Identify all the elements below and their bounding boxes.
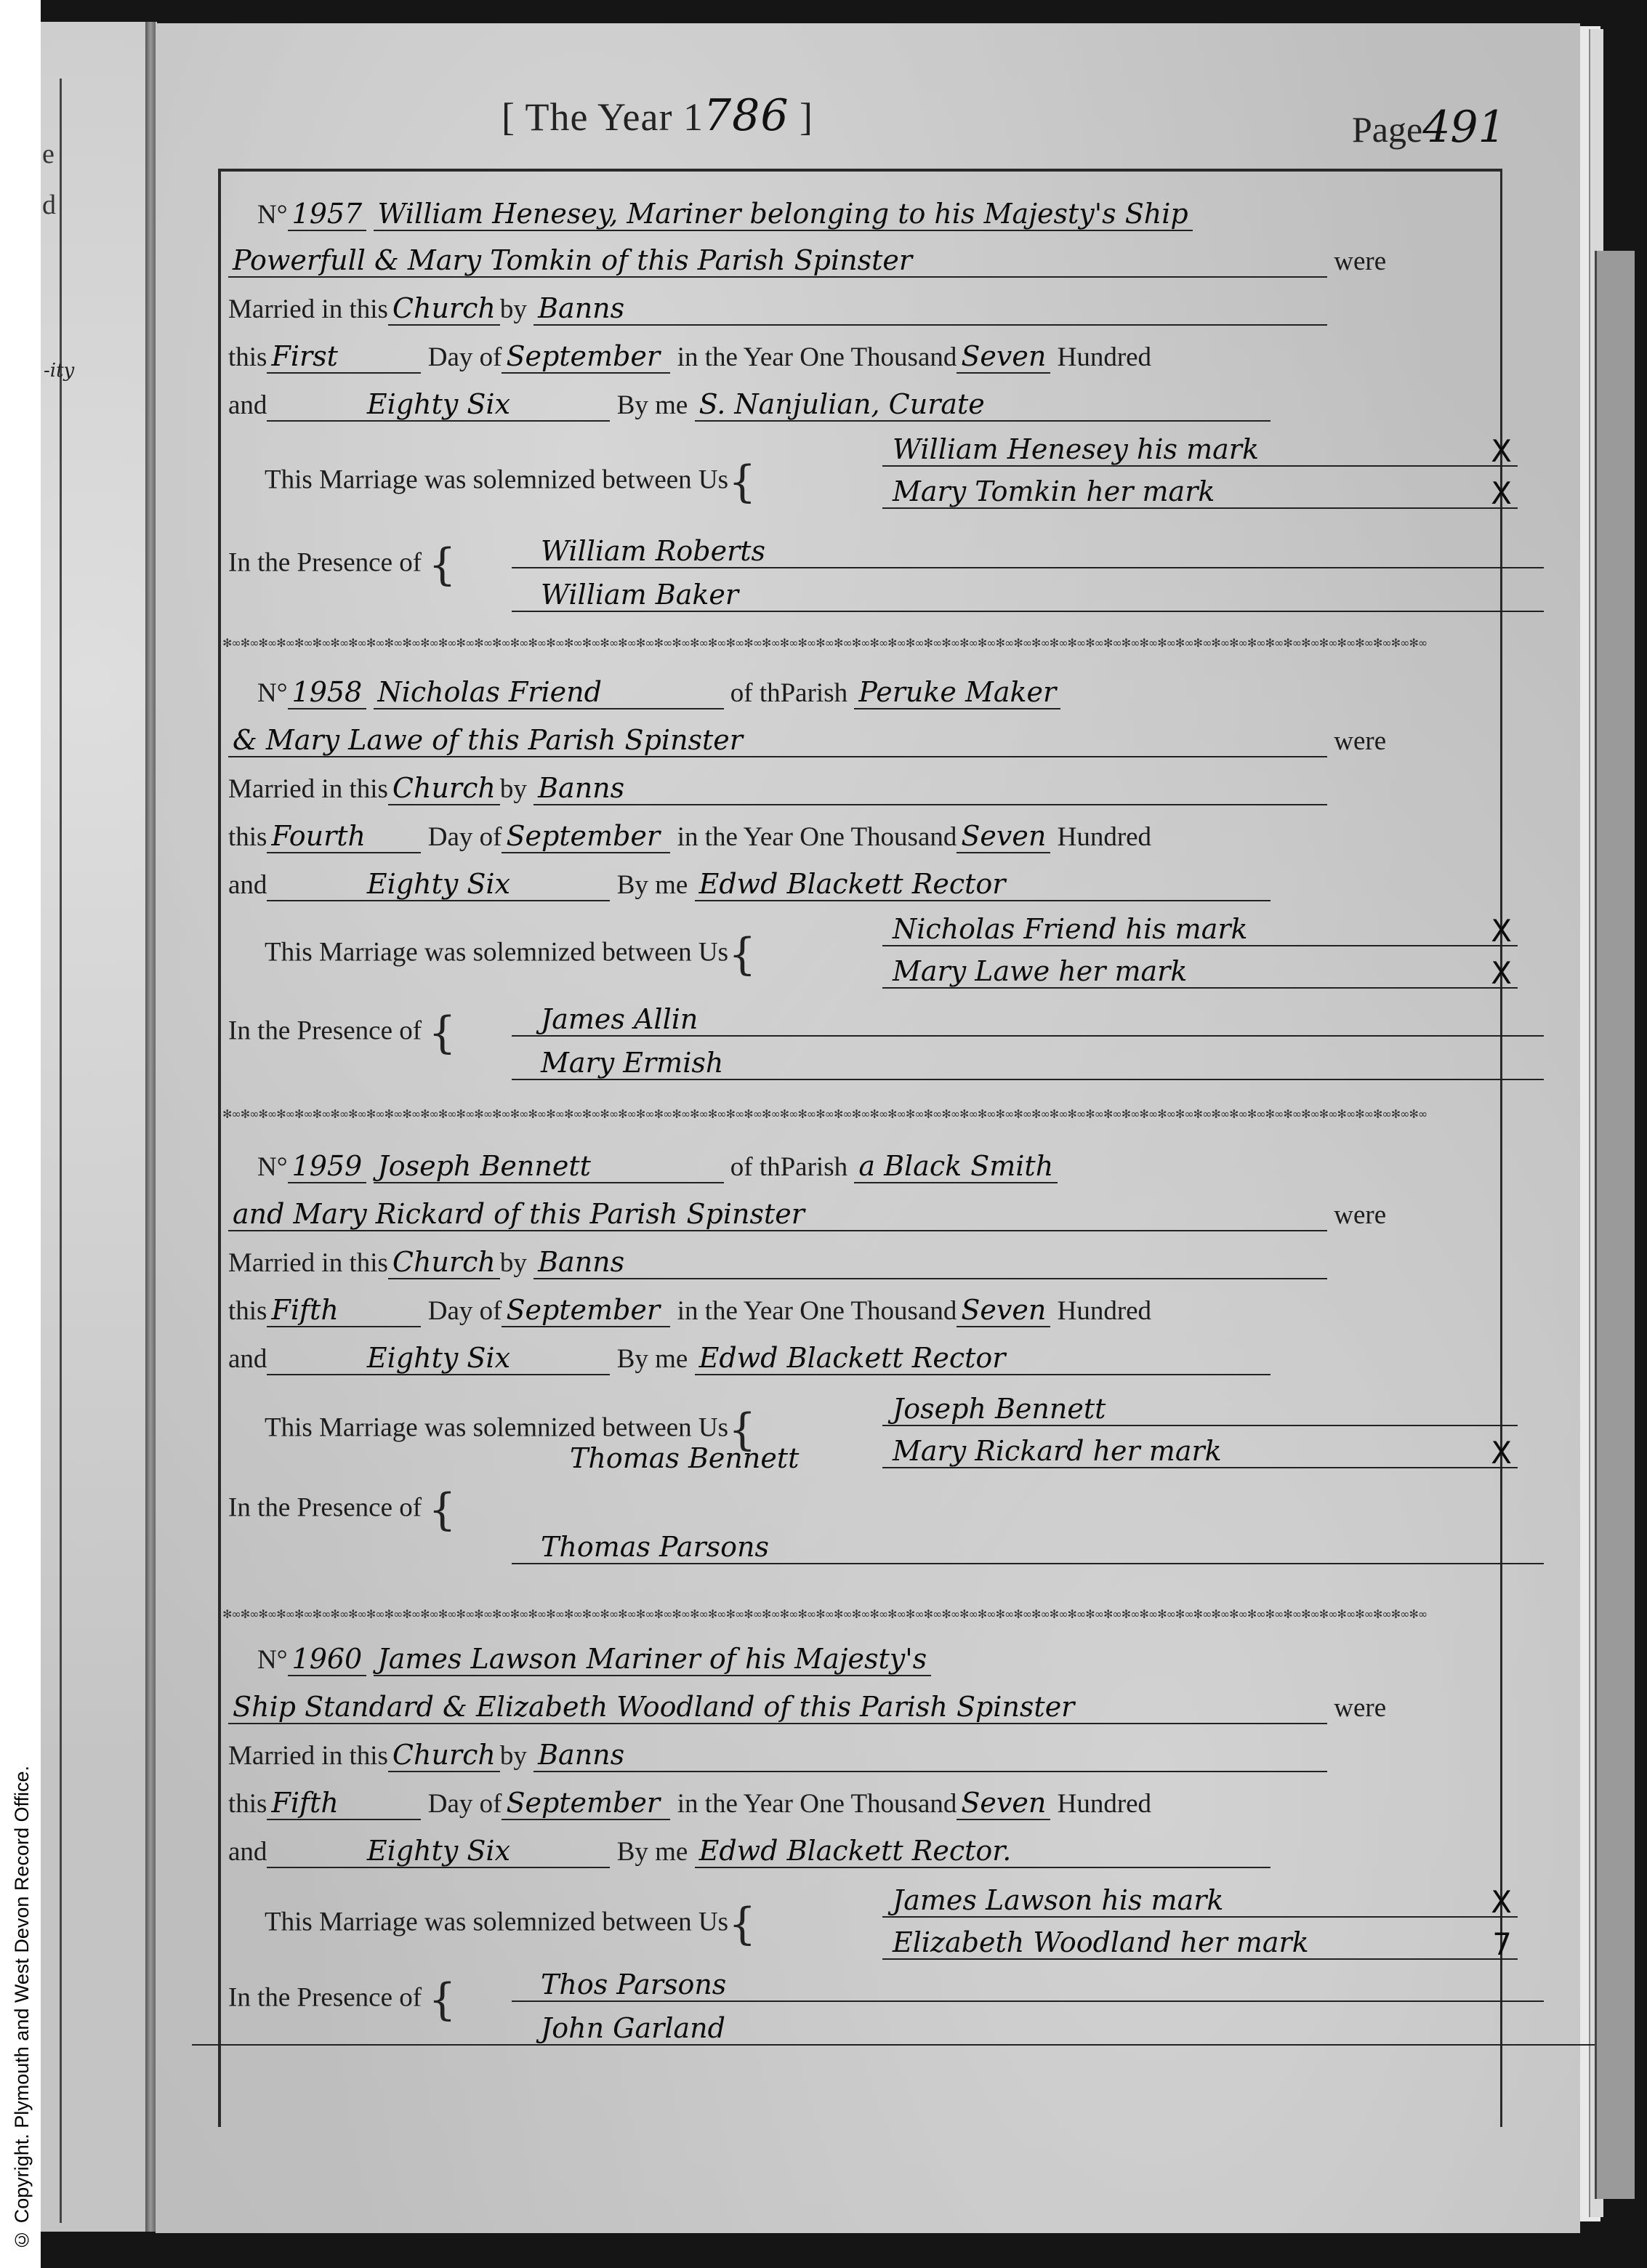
facing-page-frame xyxy=(41,79,62,2223)
copyright-notice: © Copyright. Plymouth and West Devon Rec… xyxy=(7,1596,36,2251)
witness-signature: William Roberts xyxy=(512,535,1544,568)
married-in-line: Married in thisChurchby Banns xyxy=(228,292,1490,326)
groom-name: Joseph Bennett xyxy=(374,1150,724,1183)
by-method: Banns xyxy=(533,292,1327,326)
party-signature: James Lawson his markX xyxy=(882,1884,1518,1918)
day: Fifth xyxy=(267,1787,421,1820)
entry-number: 1960 xyxy=(288,1643,367,1676)
facing-page-margin-note: -ity xyxy=(44,360,74,382)
party-signature: Elizabeth Woodland her mark7 xyxy=(882,1926,1518,1960)
cross-mark: X xyxy=(1491,1884,1512,1920)
by-method: Banns xyxy=(533,1246,1327,1279)
officiant: S. Nanjulian, Curate xyxy=(695,388,1271,422)
date-line: thisFirst Day ofSeptember in the Year On… xyxy=(228,340,1490,374)
entry-names-line-1: N°1958 Nicholas Friend of thParish Peruk… xyxy=(257,676,1490,709)
entry-names-line-1: N°1960 James Lawson Mariner of his Majes… xyxy=(257,1643,1490,1676)
cross-mark: X xyxy=(1491,475,1512,511)
day: Fourth xyxy=(267,820,421,853)
parties-signatures: James Lawson his markX Elizabeth Woodlan… xyxy=(882,1884,1518,1969)
date-line: thisFourth Day ofSeptember in the Year O… xyxy=(228,820,1490,853)
year-tens: Eighty Six xyxy=(267,1835,610,1868)
witnesses: William Roberts William Baker xyxy=(512,535,1544,622)
bride-description: & Mary Lawe of this Parish Spinster xyxy=(228,724,1327,757)
month: September xyxy=(502,340,670,374)
cross-mark: X xyxy=(1491,433,1512,469)
groom-occupation: a Black Smith xyxy=(854,1150,1058,1183)
party-signature: Mary Rickard her markX xyxy=(882,1435,1518,1468)
binding-tape xyxy=(1595,251,1635,2199)
book-gutter xyxy=(145,22,156,2232)
presence-label: In the Presence of { xyxy=(228,1008,456,1058)
cross-mark: 7 xyxy=(1492,1926,1512,1962)
solemnized-label: This Marriage was solemnized between Us{ xyxy=(265,929,756,980)
year-hundreds: Seven xyxy=(957,1787,1050,1820)
place: Church xyxy=(388,292,500,326)
day: First xyxy=(267,340,421,374)
year-value: 786 xyxy=(704,90,789,141)
party-signature: Nicholas Friend his markX xyxy=(882,913,1518,946)
married-in-line: Married in thisChurchby Banns xyxy=(228,772,1490,805)
cross-mark: X xyxy=(1491,1435,1512,1471)
year-label: [ The Year 1 xyxy=(502,95,704,139)
solemnized-label: This Marriage was solemnized between Us{ xyxy=(265,1899,756,1950)
cross-mark: X xyxy=(1491,955,1512,991)
facing-page-edge: e d -ity xyxy=(41,22,157,2232)
parties-signatures: William Henesey his markX Mary Tomkin he… xyxy=(882,433,1518,518)
party-signature: William Henesey his markX xyxy=(882,433,1518,467)
parties-signatures: Joseph Bennett Mary Rickard her markX xyxy=(882,1393,1518,1477)
entry-names-line-1: N°1957 William Henesey, Mariner belongin… xyxy=(257,198,1490,230)
day: Fifth xyxy=(267,1294,421,1327)
officiant-line: andEighty Six By me Edwd Blackett Rector xyxy=(228,1342,1490,1375)
year-tens: Eighty Six xyxy=(267,868,610,901)
cross-mark: X xyxy=(1491,913,1512,949)
bride-description: and Mary Rickard of this Parish Spinster xyxy=(228,1198,1327,1231)
married-in-line: Married in thisChurchby Banns xyxy=(228,1739,1490,1772)
year-bracket: ] xyxy=(800,95,813,139)
solemnized-label: This Marriage was solemnized between Us{ xyxy=(265,457,756,507)
year-tens: Eighty Six xyxy=(267,1342,610,1375)
presence-label: In the Presence of { xyxy=(228,539,456,590)
officiant-line: andEighty Six By me Edwd Blackett Rector… xyxy=(228,1835,1490,1868)
date-line: thisFifth Day ofSeptember in the Year On… xyxy=(228,1294,1490,1327)
entry-names-line-2: Ship Standard & Elizabeth Woodland of th… xyxy=(228,1691,1490,1724)
marriage-register: N°1957 William Henesey, Mariner belongin… xyxy=(218,169,1502,2127)
entry-names-line-1: N°1959 Joseph Bennett of thParish a Blac… xyxy=(257,1150,1490,1183)
ornamental-divider: ✻∞✻∞✻∞✻∞✻∞✻∞✻∞✻∞✻∞✻∞✻∞✻∞✻∞✻∞✻∞✻∞✻∞✻∞✻∞✻∞… xyxy=(222,1108,1499,1121)
witness-signature: Mary Ermish xyxy=(512,1047,1544,1080)
bride-description: Powerfull & Mary Tomkin of this Parish S… xyxy=(228,244,1327,278)
witness-signature: James Allin xyxy=(512,1003,1544,1037)
witnesses: Thos Parsons John Garland xyxy=(512,1969,1595,2056)
groom-name: Nicholas Friend xyxy=(374,676,724,709)
bride-description: Ship Standard & Elizabeth Woodland of th… xyxy=(228,1691,1327,1724)
page-number-value: 491 xyxy=(1422,102,1506,153)
officiant: Edwd Blackett Rector xyxy=(695,1342,1271,1375)
by-method: Banns xyxy=(533,772,1327,805)
party-signature: Mary Lawe her markX xyxy=(882,955,1518,989)
officiant-line: andEighty Six By me Edwd Blackett Rector xyxy=(228,868,1490,901)
year-hundreds: Seven xyxy=(957,820,1050,853)
entry-names-line-2: and Mary Rickard of this Parish Spinster… xyxy=(228,1198,1490,1231)
officiant-line: andEighty Six By me S. Nanjulian, Curate xyxy=(228,388,1490,422)
place: Church xyxy=(388,1739,500,1772)
officiant: Edwd Blackett Rector. xyxy=(695,1835,1271,1868)
party-signature: Mary Tomkin her markX xyxy=(882,475,1518,509)
ornamental-divider: ✻∞✻∞✻∞✻∞✻∞✻∞✻∞✻∞✻∞✻∞✻∞✻∞✻∞✻∞✻∞✻∞✻∞✻∞✻∞✻∞… xyxy=(222,637,1499,650)
page-header: [ The Year 1786 ] xyxy=(502,90,813,141)
month: September xyxy=(502,1294,670,1327)
entry-number: 1958 xyxy=(288,676,367,709)
witness-signature: John Garland xyxy=(192,2012,1595,2046)
by-method: Banns xyxy=(533,1739,1327,1772)
entry-names-line-2: & Mary Lawe of this Parish Spinster were xyxy=(228,724,1490,757)
place: Church xyxy=(388,1246,500,1279)
parties-signatures: Nicholas Friend his markX Mary Lawe her … xyxy=(882,913,1518,997)
groom-description: James Lawson Mariner of his Majesty's xyxy=(374,1643,932,1676)
party-signature: Joseph Bennett xyxy=(882,1393,1518,1426)
facing-page-glyph: e xyxy=(42,138,55,170)
month: September xyxy=(502,820,670,853)
facing-page-glyph: d xyxy=(42,189,56,221)
groom-description: William Henesey, Mariner belonging to hi… xyxy=(374,198,1193,231)
month: September xyxy=(502,1787,670,1820)
witness-signature: Thomas Bennett xyxy=(570,1442,799,1474)
year-hundreds: Seven xyxy=(957,340,1050,374)
witness-signature: Thomas Parsons xyxy=(512,1531,1544,1564)
witnesses: James Allin Mary Ermish xyxy=(512,1003,1544,1090)
page-label: Page xyxy=(1352,109,1422,150)
scan-margin: © Copyright. Plymouth and West Devon Rec… xyxy=(0,0,41,2268)
entry-names-line-2: Powerfull & Mary Tomkin of this Parish S… xyxy=(228,244,1490,278)
officiant: Edwd Blackett Rector xyxy=(695,868,1271,901)
year-tens: Eighty Six xyxy=(267,388,610,422)
date-line: thisFifth Day ofSeptember in the Year On… xyxy=(228,1787,1490,1820)
married-in-line: Married in thisChurchby Banns xyxy=(228,1246,1490,1279)
place: Church xyxy=(388,772,500,805)
year-hundreds: Seven xyxy=(957,1294,1050,1327)
witness-signature: Thos Parsons xyxy=(512,1969,1544,2002)
presence-label: In the Presence of { xyxy=(228,1484,456,1535)
entry-number: 1957 xyxy=(288,198,367,231)
witnesses: Thomas Bennett xyxy=(570,1442,799,1484)
groom-occupation: Peruke Maker xyxy=(854,676,1060,709)
ornamental-divider: ✻∞✻∞✻∞✻∞✻∞✻∞✻∞✻∞✻∞✻∞✻∞✻∞✻∞✻∞✻∞✻∞✻∞✻∞✻∞✻∞… xyxy=(222,1608,1499,1621)
entry-number: 1959 xyxy=(288,1150,367,1183)
witnesses: Thomas Parsons xyxy=(512,1531,1544,1575)
page-number: Page491 xyxy=(1352,102,1506,153)
witness-signature: William Baker xyxy=(512,579,1544,612)
